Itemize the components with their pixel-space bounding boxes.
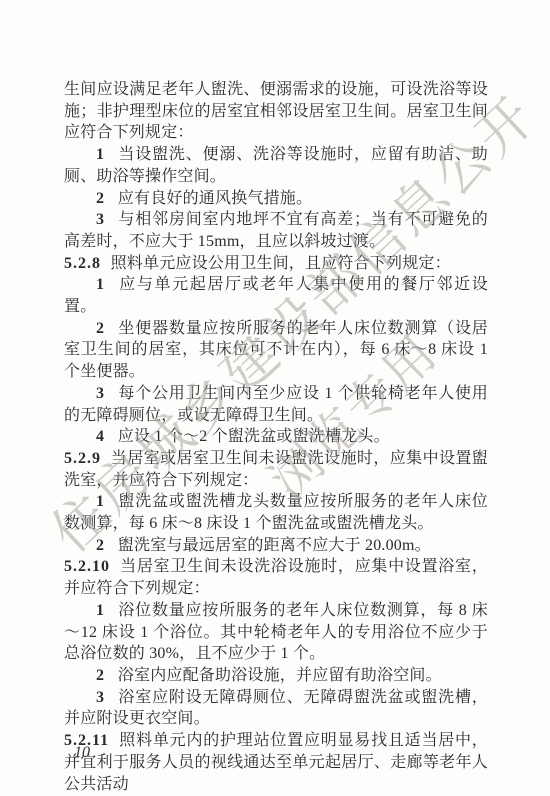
page-number: 10 — [74, 744, 90, 762]
item-paragraph: 1应与单元起居厅或老年人集中使用的餐厅邻近设置。 — [64, 274, 488, 317]
continuation-paragraph: 生间应设满足老年人盥洗、便溺需求的设施，可设洗浴等设施；非护理型床位的居室宜相邻… — [64, 79, 488, 144]
item-number: 2 — [96, 667, 104, 684]
item-paragraph: 3浴室应附设无障碍厕位、无障碍盥洗盆或盥洗槽，并应附设更衣空间。 — [64, 687, 488, 730]
paragraph-text: 与相邻房间室内地坪不宜有高差；当有不可避免的高差时，不应大于 15mm，且应以斜… — [64, 211, 488, 250]
item-paragraph: 1浴位数量应按所服务的老年人床位数测算，每 8 床～12 床设 1 个浴位。其中… — [64, 600, 488, 665]
item-paragraph: 4应设 1 个～2 个盥洗盆或盥洗槽龙头。 — [64, 426, 488, 448]
item-number: 4 — [96, 428, 104, 445]
clause-paragraph: 5.2.9当居室或居室卫生间未设盥洗设施时，应集中设置盥洗室，并应符合下列规定： — [64, 448, 488, 491]
clause-number: 5.2.9 — [64, 450, 101, 467]
paragraph-text: 应与单元起居厅或老年人集中使用的餐厅邻近设置。 — [64, 276, 488, 315]
item-number: 3 — [96, 385, 104, 402]
clause-paragraph: 5.2.10当居室卫生间未设洗浴设施时，应集中设置浴室，并应符合下列规定： — [64, 556, 488, 599]
clause-number: 5.2.8 — [64, 255, 101, 272]
item-number: 2 — [96, 320, 104, 337]
paragraph-text: 当设盥洗、便溺、洗浴等设施时，应留有助洁、助厕、助浴等操作空间。 — [64, 146, 488, 185]
document-page: 生间应设满足老年人盥洗、便溺需求的设施，可设洗浴等设施；非护理型床位的居室宜相邻… — [0, 0, 550, 796]
paragraph-text: 浴室内应配备助浴设施，并应留有助浴空间。 — [118, 667, 442, 684]
paragraph-text: 应有良好的通风换气措施。 — [118, 190, 312, 207]
item-paragraph: 2浴室内应配备助浴设施，并应留有助浴空间。 — [64, 665, 488, 687]
paragraph-text: 每个公用卫生间内至少应设 1 个供轮椅老年人使用的无障碍厕位，或设无障碍卫生间。 — [64, 385, 488, 424]
item-number: 2 — [96, 190, 104, 207]
clause-number: 5.2.10 — [64, 558, 110, 575]
item-number: 1 — [96, 146, 104, 163]
item-paragraph: 2应有良好的通风换气措施。 — [64, 188, 488, 210]
paragraph-text: 照料单元应设公用卫生间，且应符合下列规定： — [111, 255, 451, 272]
item-number: 1 — [96, 493, 104, 510]
paragraph-text: 应设 1 个～2 个盥洗盆或盥洗槽龙头。 — [118, 428, 390, 445]
paragraph-text: 当居室卫生间未设洗浴设施时，应集中设置浴室，并应符合下列规定： — [64, 558, 488, 597]
clause-paragraph: 5.2.11照料单元内的护理站位置应明显易找且适当居中，并宜利于服务人员的视线通… — [64, 730, 488, 795]
item-paragraph: 3与相邻房间室内地坪不宜有高差；当有不可避免的高差时，不应大于 15mm，且应以… — [64, 209, 488, 252]
item-paragraph: 2盥洗室与最远居室的距离不应大于 20.00m。 — [64, 535, 488, 557]
item-number: 3 — [96, 211, 104, 228]
paragraph-text: 盥洗室与最远居室的距离不应大于 20.00m。 — [118, 537, 431, 554]
item-number: 1 — [96, 602, 104, 619]
item-paragraph: 2坐便器数量应按所服务的老年人床位数测算（设居室卫生间的居室，其床位可不计在内）… — [64, 318, 488, 383]
item-number: 2 — [96, 537, 104, 554]
paragraph-text: 生间应设满足老年人盥洗、便溺需求的设施，可设洗浴等设施；非护理型床位的居室宜相邻… — [64, 81, 488, 141]
item-paragraph: 1当设盥洗、便溺、洗浴等设施时，应留有助洁、助厕、助浴等操作空间。 — [64, 144, 488, 187]
item-number: 3 — [96, 689, 104, 706]
paragraph-text: 浴室应附设无障碍厕位、无障碍盥洗盆或盥洗槽，并应附设更衣空间。 — [64, 689, 488, 728]
item-number: 1 — [96, 276, 104, 293]
document-body: 生间应设满足老年人盥洗、便溺需求的设施，可设洗浴等设施；非护理型床位的居室宜相邻… — [64, 79, 488, 795]
item-paragraph: 1盥洗盆或盥洗槽龙头数量应按所服务的老年人床位数测算，每 6 床～8 床设 1 … — [64, 491, 488, 534]
paragraph-text: 盥洗盆或盥洗槽龙头数量应按所服务的老年人床位数测算，每 6 床～8 床设 1 个… — [64, 493, 488, 532]
paragraph-text: 浴位数量应按所服务的老年人床位数测算，每 8 床～12 床设 1 个浴位。其中轮… — [64, 602, 488, 662]
paragraph-text: 坐便器数量应按所服务的老年人床位数测算（设居室卫生间的居室，其床位可不计在内），… — [64, 320, 488, 380]
paragraph-text: 照料单元内的护理站位置应明显易找且适当居中，并宜利于服务人员的视线通达至单元起居… — [64, 732, 488, 792]
clause-paragraph: 5.2.8照料单元应设公用卫生间，且应符合下列规定： — [64, 253, 488, 275]
paragraph-text: 当居室或居室卫生间未设盥洗设施时，应集中设置盥洗室，并应符合下列规定： — [64, 450, 488, 489]
item-paragraph: 3每个公用卫生间内至少应设 1 个供轮椅老年人使用的无障碍厕位，或设无障碍卫生间… — [64, 383, 488, 426]
